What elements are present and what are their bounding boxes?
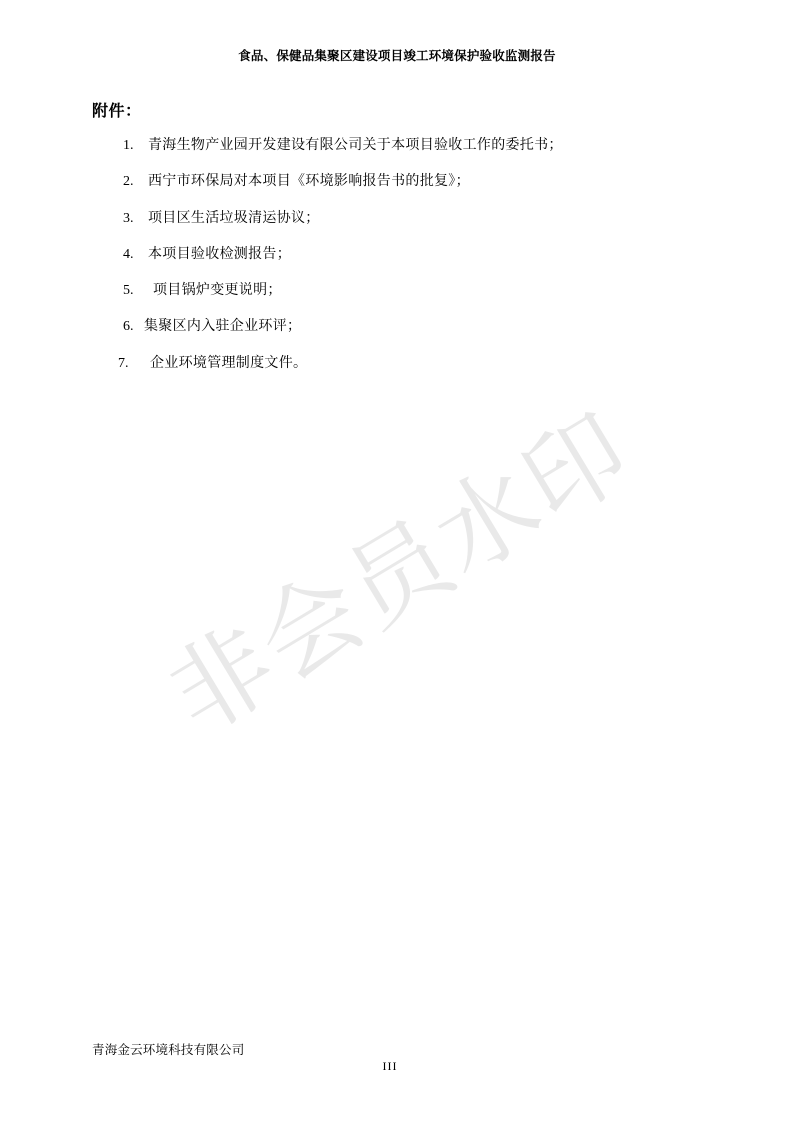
list-item-text: 西宁市环保局对本项目《环境影响报告书的批复》；	[148, 174, 470, 190]
list-item-number: 5.	[123, 283, 153, 299]
list-item: 1. 青海生物产业园开发建设有限公司关于本项目验收工作的委托书；	[92, 138, 702, 174]
attachments-heading: 附件：	[92, 98, 142, 121]
list-item-number: 1.	[123, 138, 148, 154]
list-item-text: 青海生物产业园开发建设有限公司关于本项目验收工作的委托书；	[148, 138, 563, 154]
watermark-text: 非会员水印	[138, 372, 654, 761]
list-item-text: 企业环境管理制度文件。	[150, 356, 307, 372]
list-item-number: 2.	[123, 174, 148, 190]
list-item-number: 6.	[123, 319, 144, 335]
footer-company-name: 青海金云环境科技有限公司	[92, 1040, 244, 1058]
list-item-number: 3.	[123, 211, 148, 227]
list-item-text: 本项目验收检测报告；	[148, 247, 291, 263]
list-item: 2. 西宁市环保局对本项目《环境影响报告书的批复》；	[92, 174, 702, 210]
list-item: 3. 项目区生活垃圾清运协议；	[92, 211, 702, 247]
page-number: III	[0, 1059, 780, 1074]
list-item: 4. 本项目验收检测报告；	[92, 247, 702, 283]
list-item: 7. 企业环境管理制度文件。	[92, 356, 702, 392]
list-item-text: 项目锅炉变更说明；	[153, 283, 282, 299]
list-item-number: 4.	[123, 247, 148, 263]
list-item-text: 集聚区内入驻企业环评；	[144, 319, 301, 335]
list-item-number: 7.	[118, 356, 150, 372]
list-item-text: 项目区生活垃圾清运协议；	[148, 211, 320, 227]
attachments-list: 1. 青海生物产业园开发建设有限公司关于本项目验收工作的委托书； 2. 西宁市环…	[92, 138, 702, 392]
list-item: 5. 项目锅炉变更说明；	[92, 283, 702, 319]
page-header-title: 食品、保健品集聚区建设项目竣工环境保护验收监测报告	[0, 46, 794, 64]
list-item: 6. 集聚区内入驻企业环评；	[92, 319, 702, 355]
